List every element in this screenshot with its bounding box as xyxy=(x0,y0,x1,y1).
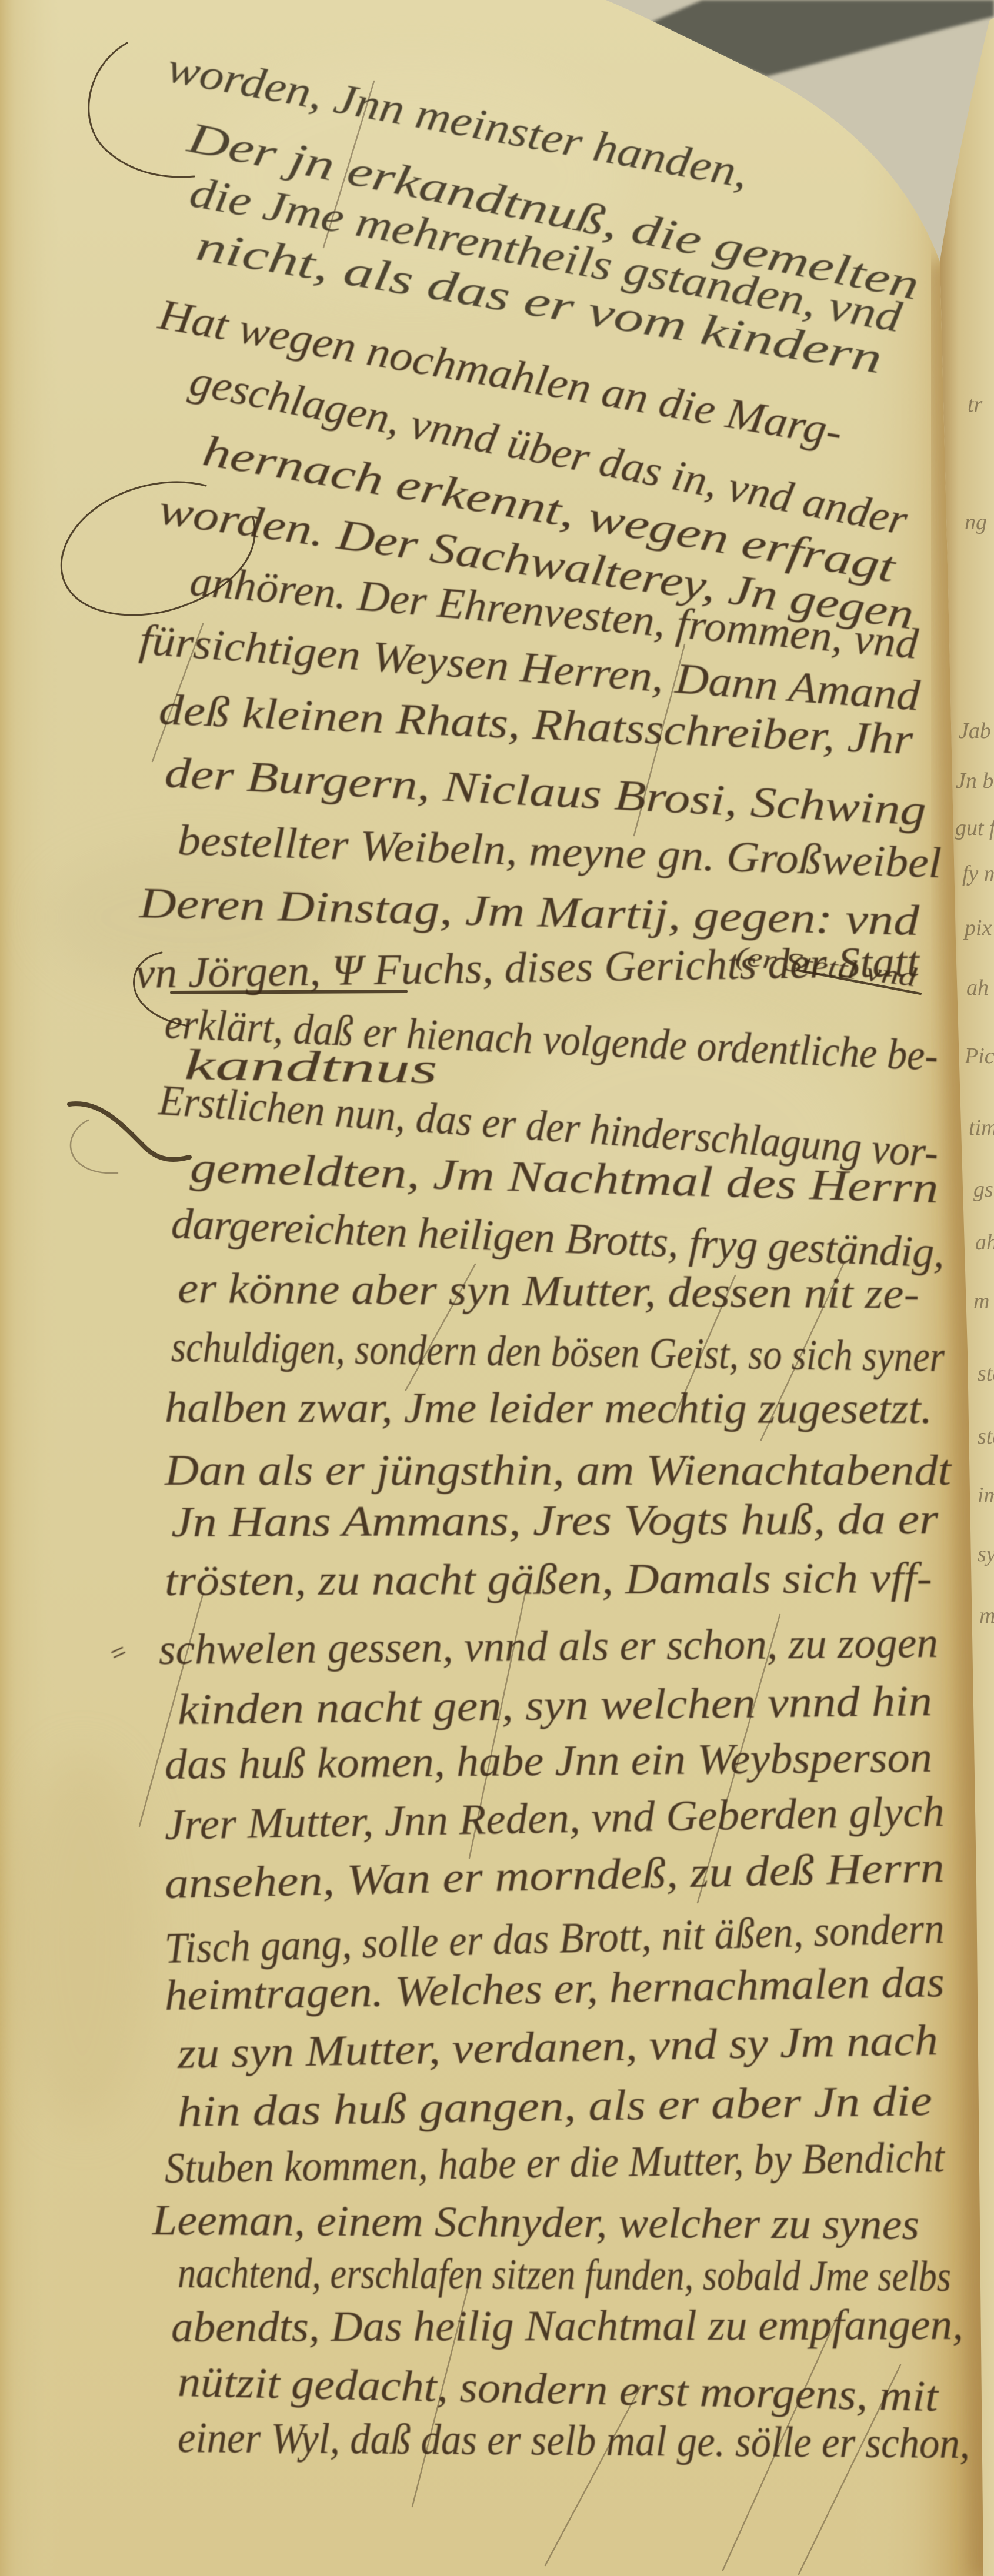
facing-fragment: sta xyxy=(978,1424,994,1449)
manuscript-line: Jn Hans Ammans, Jres Vogts huß, da er xyxy=(171,1495,939,1546)
facing-fragment: tr xyxy=(968,392,983,417)
facing-fragment: tim xyxy=(969,1115,994,1140)
manuscript-line: nachtend, erschlafen sitzen funden, soba… xyxy=(178,2249,951,2301)
facing-fragment: fy m xyxy=(962,861,994,886)
facing-fragment: Jab xyxy=(959,719,991,743)
manuscript-line: trösten, zu nacht gäßen, Damals sich vff… xyxy=(165,1554,932,1605)
facing-fragment: gut f xyxy=(955,816,994,840)
facing-fragment: Pic xyxy=(964,1044,994,1068)
facing-fragment: sy xyxy=(978,1542,994,1566)
manuscript-line: er könne aber syn Mutter, dessen nit ze- xyxy=(178,1264,920,1318)
facing-fragment: ng xyxy=(965,510,987,534)
facing-fragment: pix xyxy=(963,916,992,940)
manuscript-line: einer Wyl, daß das er selb mal ge. sölle… xyxy=(178,2414,970,2468)
facing-fragment: m t xyxy=(973,1289,994,1314)
manuscript-line: das huß komen, habe Jnn ein Weybsperson xyxy=(165,1733,933,1789)
manuscript-scene: worden, Jnn meinster handen, Der jn erka… xyxy=(0,0,994,2576)
manuscript-line: abendts, Das heilig Nachtmal zu empfange… xyxy=(171,2301,963,2351)
facing-fragment: m xyxy=(979,1603,994,1628)
facing-fragment: gstr xyxy=(973,1177,994,1202)
manuscript-line: kinden nacht gen, syn welchen vnnd hin xyxy=(177,1677,932,1734)
manuscript-line: schwelen gessen, vnnd als er schon, zu z… xyxy=(159,1619,939,1674)
facing-fragment: Jn ba xyxy=(956,769,994,793)
facing-fragment: ah xyxy=(966,975,989,1000)
manuscript-line: Dan als er jüngsthin, am Wienachtabendt xyxy=(164,1446,953,1495)
facing-fragment: sta xyxy=(978,1361,994,1386)
facing-fragment: ahr xyxy=(975,1230,994,1255)
manuscript-photo: worden, Jnn meinster handen, Der jn erka… xyxy=(0,0,994,2576)
manuscript-line: Leeman, einem Schnyder, welcher zu synes xyxy=(152,2196,920,2249)
facing-fragment: im xyxy=(978,1483,994,1508)
manuscript-line: halben zwar, Jme leider mechtig zugesetz… xyxy=(165,1384,932,1433)
manuscript-line: schuldigen, sondern den bösen Geist, so … xyxy=(171,1323,946,1381)
